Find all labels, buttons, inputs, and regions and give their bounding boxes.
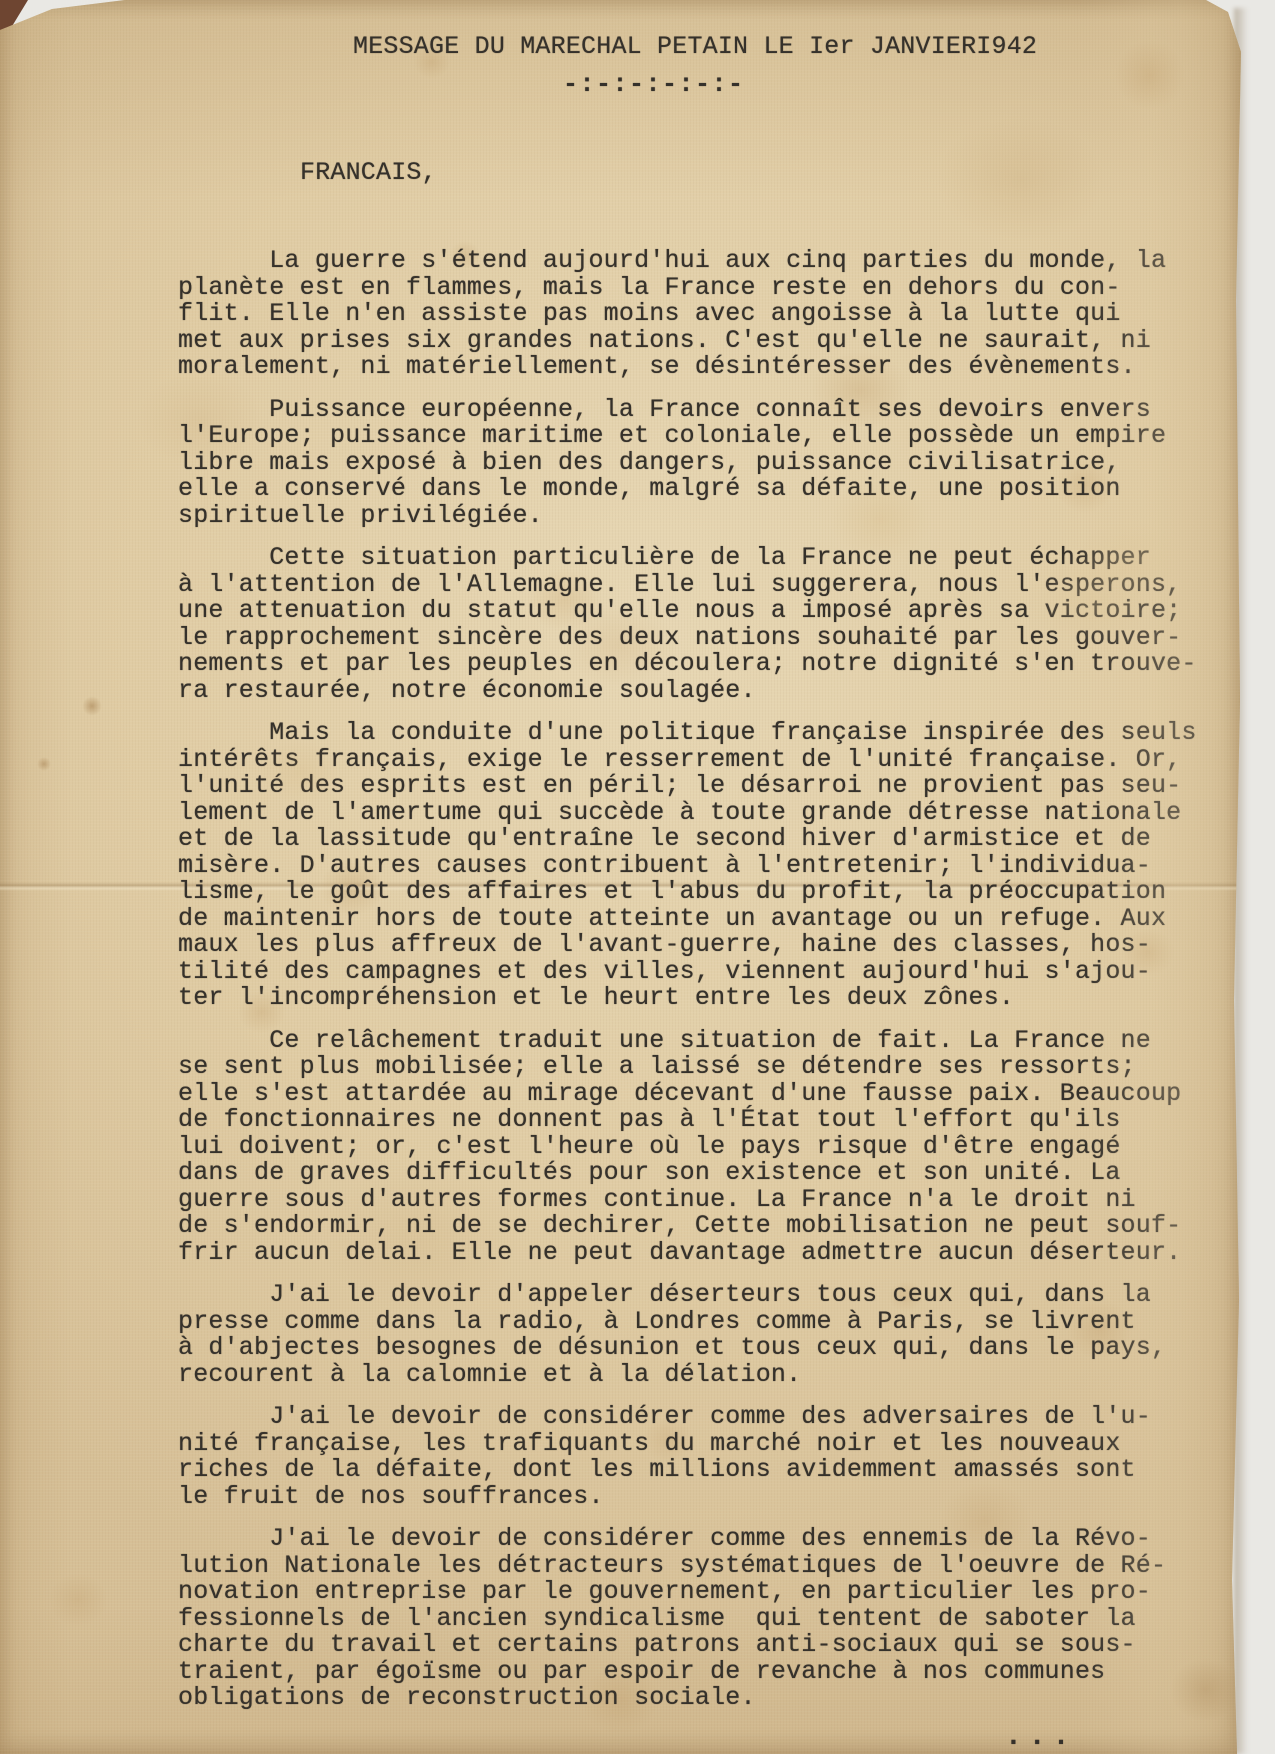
paragraph-1: La guerre s'étend aujourd'hui aux cinq p… [178,248,1197,381]
scanned-document-page: { "document": { "title": "MESSAGE DU MAR… [0,0,1275,1754]
typewritten-content: MESSAGE DU MARECHAL PETAIN LE Ier JANVIE… [0,0,1241,1754]
paper-sheet: MESSAGE DU MARECHAL PETAIN LE Ier JANVIE… [0,0,1241,1754]
paragraph-4: Mais la conduite d'une politique françai… [178,720,1197,1012]
paragraph-7: J'ai le devoir de considérer comme des a… [178,1404,1197,1510]
paragraph-3: Cette situation particulière de la Franc… [178,545,1197,704]
continuation-ellipsis: ... [1005,1722,1076,1753]
paragraph-8: J'ai le devoir de considérer comme des e… [178,1526,1197,1712]
title-separator: -:-:-:-:-:- [563,70,745,99]
paragraph-5: Ce relâchement traduit une situation de … [178,1028,1197,1267]
document-title: MESSAGE DU MARECHAL PETAIN LE Ier JANVIE… [353,32,1037,61]
salutation: FRANCAIS, [300,158,437,187]
paragraph-2: Puissance européenne, la France connaît … [178,397,1197,530]
paragraph-6: J'ai le devoir d'appeler déserteurs tous… [178,1282,1197,1388]
scan-background: MESSAGE DU MARECHAL PETAIN LE Ier JANVIE… [0,0,1275,1754]
document-body: La guerre s'étend aujourd'hui aux cinq p… [178,248,1197,1728]
